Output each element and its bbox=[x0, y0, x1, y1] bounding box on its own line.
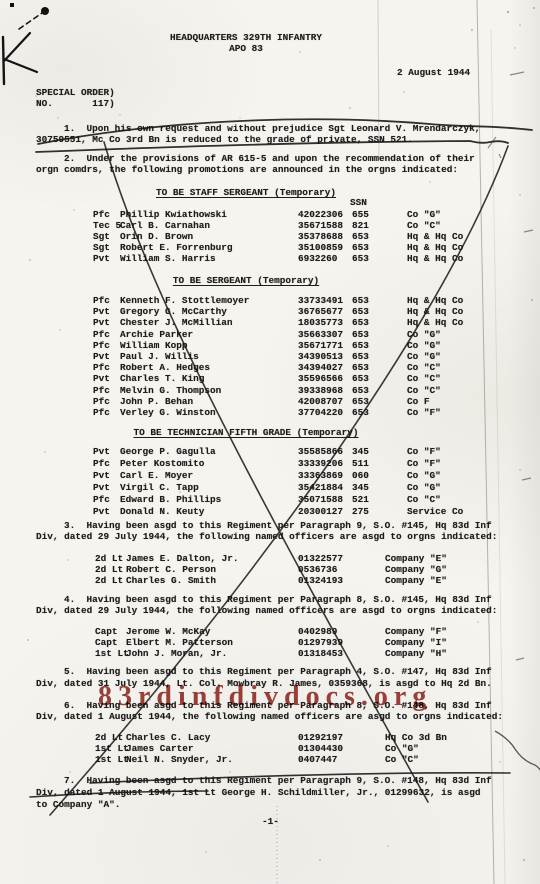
name-cell: Jerome W. McKay bbox=[126, 626, 210, 637]
grade-cell: Pfc bbox=[93, 494, 110, 505]
table-row: PfcVerley G. Winston37704220653Co "F" bbox=[93, 407, 523, 418]
grade-cell: 2d Lt bbox=[95, 575, 123, 586]
table-row: 2d LtRobert C. Person0536736Company "G" bbox=[95, 564, 525, 575]
asn-cell: 34390513 bbox=[298, 351, 343, 362]
grade-cell: Pfc bbox=[93, 396, 110, 407]
ssn-cell: 653 bbox=[352, 385, 369, 396]
grade-cell: Pfc bbox=[93, 385, 110, 396]
org-cell: Company "F" bbox=[385, 626, 447, 637]
ssn-cell: 653 bbox=[352, 242, 369, 253]
org-cell: Co "C" bbox=[407, 385, 441, 396]
org-cell: Hq & Hq Co bbox=[407, 306, 463, 317]
asn-cell: 35671771 bbox=[298, 340, 343, 351]
name-cell: Robert E. Forrenburg bbox=[120, 242, 233, 253]
grade-cell: 2d Lt bbox=[95, 553, 123, 564]
org-cell: Co "G" bbox=[407, 470, 441, 481]
name-cell: Melvin G. Thompson bbox=[120, 385, 221, 396]
grade-cell: Pfc bbox=[93, 340, 110, 351]
asn-cell: 35663307 bbox=[298, 329, 343, 340]
grade-cell: Pfc bbox=[93, 407, 110, 418]
table-row: PfcKenneth F. Stottlemoyer33733491653Hq … bbox=[93, 295, 523, 306]
name-cell: Chester J. McMillian bbox=[120, 317, 233, 328]
ssn-cell: 060 bbox=[352, 470, 369, 481]
watermark-text: 83rdinfdivdocs.org bbox=[98, 681, 432, 713]
section-title-staff-sergeant: TO BE STAFF SERGEANT (Temporary) bbox=[0, 188, 492, 198]
name-cell: Carl B. Carnahan bbox=[120, 220, 210, 231]
org-cell: Co "C" bbox=[407, 494, 441, 505]
name-cell: James Carter bbox=[126, 743, 194, 754]
name-cell: Elbert M. Patterson bbox=[126, 637, 233, 648]
name-cell: Charles C. Lacy bbox=[126, 732, 210, 743]
ssn-cell: 345 bbox=[352, 482, 369, 493]
org-cell: Co "G" bbox=[407, 482, 441, 493]
grade-cell: Pfc bbox=[93, 458, 110, 469]
table-row: 1st LtJames Carter01304430Co "G" bbox=[95, 743, 525, 754]
paragraph7-line1: 7. Having been asgd to this Regiment per… bbox=[64, 776, 492, 786]
grade-cell: Pfc bbox=[93, 209, 110, 220]
table-row: PfcMelvin G. Thompson39338968653Co "C" bbox=[93, 385, 523, 396]
org-cell: Hq & Hq Co bbox=[407, 317, 463, 328]
serial-cell: 0407447 bbox=[298, 754, 337, 765]
asn-cell: 35585866 bbox=[298, 446, 343, 457]
name-cell: William S. Harris bbox=[120, 253, 216, 264]
serial-cell: 01324193 bbox=[298, 575, 343, 586]
org-cell: Company "E" bbox=[385, 575, 447, 586]
asn-cell: 33339206 bbox=[298, 458, 343, 469]
table-row: 2d LtJames E. Dalton, Jr.01322577Company… bbox=[95, 553, 525, 564]
table-row: 1st LtNeil N. Snyder, Jr.0407447Co "C" bbox=[95, 754, 525, 765]
org-cell: Co "G" bbox=[407, 351, 441, 362]
order-number: NO. 117) bbox=[36, 99, 115, 109]
paragraph6-officer-list: 2d LtCharles C. Lacy01292197Hq Co 3d Bn1… bbox=[95, 732, 525, 766]
name-cell: Charles G. Smith bbox=[126, 575, 216, 586]
grade-cell: Pvt bbox=[93, 373, 110, 384]
org-cell: Co "G" bbox=[385, 743, 419, 754]
name-cell: Edward B. Phillips bbox=[120, 494, 221, 505]
asn-cell: 33363869 bbox=[298, 470, 343, 481]
section-title-sergeant: TO BE SERGEANT (Temporary) bbox=[0, 276, 492, 286]
org-cell: Company "G" bbox=[385, 564, 447, 575]
name-cell: Verley G. Winston bbox=[120, 407, 216, 418]
paragraph1-line2: 30759551, Mc Co 3rd Bn is reduced to the… bbox=[36, 135, 413, 145]
name-cell: Robert A. Hedges bbox=[120, 362, 210, 373]
name-cell: Neil N. Snyder, Jr. bbox=[126, 754, 233, 765]
org-cell: Co "C" bbox=[407, 373, 441, 384]
table-row: 2d LtCharles G. Smith01324193Company "E" bbox=[95, 575, 525, 586]
paragraph5-line1: 5. Having been asgd to this Regiment per… bbox=[64, 667, 492, 677]
ssn-cell: 653 bbox=[352, 231, 369, 242]
paragraph7-line2: Div, dated 1 August 1944, 1st Lt George … bbox=[36, 788, 480, 798]
asn-cell: 35100859 bbox=[298, 242, 343, 253]
name-cell: George P. Gagulla bbox=[120, 446, 216, 457]
org-cell: Co "C" bbox=[385, 754, 419, 765]
org-cell: Company "H" bbox=[385, 648, 447, 659]
org-cell: Hq & Hq Co bbox=[407, 231, 463, 242]
org-cell: Co "F" bbox=[407, 446, 441, 457]
grade-cell: Pfc bbox=[93, 362, 110, 373]
org-cell: Co "C" bbox=[407, 220, 441, 231]
ssn-column-header: SSN bbox=[350, 198, 367, 208]
asn-cell: 33733491 bbox=[298, 295, 343, 306]
ssn-cell: 653 bbox=[352, 340, 369, 351]
ssn-cell: 653 bbox=[352, 362, 369, 373]
ssn-cell: 521 bbox=[352, 494, 369, 505]
asn-cell: 42008707 bbox=[298, 396, 343, 407]
ssn-cell: 653 bbox=[352, 407, 369, 418]
paragraph3-line1: 3. Having been asgd to this Regiment per… bbox=[64, 521, 492, 531]
org-cell: Company "I" bbox=[385, 637, 447, 648]
grade-cell: Pvt bbox=[93, 482, 110, 493]
table-row: PfcPhillip Kwiathowski42022306655Co "G" bbox=[93, 209, 523, 220]
header-line-2: APO 83 bbox=[0, 44, 492, 54]
grade-cell: 1st Lt bbox=[95, 743, 129, 754]
name-cell: John P. Behan bbox=[120, 396, 193, 407]
org-cell: Co "G" bbox=[407, 329, 441, 340]
org-cell: Hq Co 3d Bn bbox=[385, 732, 447, 743]
asn-cell: 39338968 bbox=[298, 385, 343, 396]
grade-cell: Sgt bbox=[93, 242, 110, 253]
ssn-cell: 653 bbox=[352, 306, 369, 317]
table-row: 2d LtCharles C. Lacy01292197Hq Co 3d Bn bbox=[95, 732, 525, 743]
table-row: PvtCharles T. King35596566653Co "C" bbox=[93, 373, 523, 384]
table-row: PvtCarl E. Moyer33363869060Co "G" bbox=[93, 470, 523, 482]
grade-cell: Pfc bbox=[93, 329, 110, 340]
ink-dot bbox=[10, 3, 14, 7]
grade-cell: Capt bbox=[95, 626, 118, 637]
grade-cell: 2d Lt bbox=[95, 564, 123, 575]
document-date: 2 August 1944 bbox=[397, 68, 470, 78]
table-row: CaptElbert M. Patterson01297939Company "… bbox=[95, 637, 525, 648]
table-row: PfcRobert A. Hedges34394027653Co "C" bbox=[93, 362, 523, 373]
paragraph4-officer-list: CaptJerome W. McKay0402989Company "F"Cap… bbox=[95, 626, 525, 660]
grade-cell: Pvt bbox=[93, 351, 110, 362]
grade-cell: Capt bbox=[95, 637, 118, 648]
table-row: PfcArchie Parker35663307653Co "G" bbox=[93, 329, 523, 340]
page-number: -1- bbox=[262, 817, 279, 827]
ssn-cell: 653 bbox=[352, 351, 369, 362]
serial-cell: 01297939 bbox=[298, 637, 343, 648]
name-cell: Paul J. Willis bbox=[120, 351, 199, 362]
name-cell: Charles T. King bbox=[120, 373, 204, 384]
asn-cell: 35421884 bbox=[298, 482, 343, 493]
name-cell: William Kopp bbox=[120, 340, 188, 351]
table-row: PvtGeorge P. Gagulla35585866345Co "F" bbox=[93, 446, 523, 458]
ssn-cell: 821 bbox=[352, 220, 369, 231]
grade-cell: Pvt bbox=[93, 253, 110, 264]
org-cell: Service Co bbox=[407, 506, 463, 517]
table-row: SgtOrin D. Brown35378688653Hq & Hq Co bbox=[93, 231, 523, 242]
paragraph2-line2: orgn comdrs, the following promotions ar… bbox=[36, 165, 458, 175]
name-cell: James E. Dalton, Jr. bbox=[126, 553, 239, 564]
org-cell: Co "C" bbox=[407, 362, 441, 373]
asn-cell: 35596566 bbox=[298, 373, 343, 384]
name-cell: Donald N. Keuty bbox=[120, 506, 204, 517]
table-row: PfcPeter Kostomito33339206511Co "F" bbox=[93, 458, 523, 470]
name-cell: Archie Parker bbox=[120, 329, 193, 340]
ssn-cell: 653 bbox=[352, 396, 369, 407]
grade-cell: Pvt bbox=[93, 306, 110, 317]
paragraph3-line2: Div, dated 29 July 1944, the following n… bbox=[36, 532, 497, 542]
paragraph7-line3: to Company "A". bbox=[36, 800, 120, 810]
org-cell: Co "F" bbox=[407, 458, 441, 469]
grade-cell: Pvt bbox=[93, 317, 110, 328]
org-cell: Hq & Hq Co bbox=[407, 295, 463, 306]
asn-cell: 20300127 bbox=[298, 506, 343, 517]
name-cell: John J. Moran, Jr. bbox=[126, 648, 227, 659]
special-order-label: SPECIAL ORDER) bbox=[36, 88, 115, 98]
table-row: CaptJerome W. McKay0402989Company "F" bbox=[95, 626, 525, 637]
paragraph4-line1: 4. Having been asgd to this Regiment per… bbox=[64, 595, 492, 605]
paragraph4-line2: Div, dated 29 July 1944, the following n… bbox=[36, 606, 497, 616]
document-page: HEADQUARTERS 329TH INFANTRY APO 83 2 Aug… bbox=[0, 0, 540, 884]
ssn-cell: 653 bbox=[352, 373, 369, 384]
asn-cell: 34394027 bbox=[298, 362, 343, 373]
name-cell: Kenneth F. Stottlemoyer bbox=[120, 295, 249, 306]
ssn-cell: 653 bbox=[352, 317, 369, 328]
paragraph3-officer-list: 2d LtJames E. Dalton, Jr.01322577Company… bbox=[95, 553, 525, 587]
asn-cell: 37704220 bbox=[298, 407, 343, 418]
grade-cell: 2d Lt bbox=[95, 732, 123, 743]
ssn-cell: 655 bbox=[352, 209, 369, 220]
name-cell: Phillip Kwiathowski bbox=[120, 209, 227, 220]
name-cell: Gregory G. McCarthy bbox=[120, 306, 227, 317]
ssn-cell: 653 bbox=[352, 295, 369, 306]
table-row: PfcEdward B. Phillips35071588521Co "C" bbox=[93, 494, 523, 506]
org-cell: Co F bbox=[407, 396, 430, 407]
ssn-cell: 653 bbox=[352, 253, 369, 264]
table-row: PfcWilliam Kopp35671771653Co "G" bbox=[93, 340, 523, 351]
asn-cell: 35671588 bbox=[298, 220, 343, 231]
table-row: PvtDonald N. Keuty20300127275Service Co bbox=[93, 506, 523, 518]
asn-cell: 35071588 bbox=[298, 494, 343, 505]
org-cell: Co "G" bbox=[407, 209, 441, 220]
table-row: 1st LtJohn J. Moran, Jr.01318453Company … bbox=[95, 648, 525, 659]
grade-cell: Sgt bbox=[93, 231, 110, 242]
staff-sergeant-roster: PfcPhillip Kwiathowski42022306655Co "G"T… bbox=[93, 209, 523, 263]
asn-cell: 42022306 bbox=[298, 209, 343, 220]
table-row: PvtChester J. McMillian18035773653Hq & H… bbox=[93, 317, 523, 328]
table-row: PvtVirgil C. Tapp35421884345Co "G" bbox=[93, 482, 523, 494]
org-cell: Company "E" bbox=[385, 553, 447, 564]
serial-cell: 01304430 bbox=[298, 743, 343, 754]
grade-cell: Pvt bbox=[93, 446, 110, 457]
paragraph6-line2: Div, dated 1 August 1944, the following … bbox=[36, 712, 503, 722]
serial-cell: 01292197 bbox=[298, 732, 343, 743]
serial-cell: 0402989 bbox=[298, 626, 337, 637]
asn-cell: 36765677 bbox=[298, 306, 343, 317]
paragraph2-line1: 2. Under the provisions of AR 615-5 and … bbox=[64, 154, 475, 164]
name-cell: Virgil C. Tapp bbox=[120, 482, 199, 493]
asn-cell: 35378688 bbox=[298, 231, 343, 242]
serial-cell: 01318453 bbox=[298, 648, 343, 659]
table-row: PvtGregory G. McCarthy36765677653Hq & Hq… bbox=[93, 306, 523, 317]
name-cell: Robert C. Person bbox=[126, 564, 216, 575]
org-cell: Co "F" bbox=[407, 407, 441, 418]
name-cell: Carl E. Moyer bbox=[120, 470, 193, 481]
table-row: Tec 5Carl B. Carnahan35671588821Co "C" bbox=[93, 220, 523, 231]
table-row: SgtRobert E. Forrenburg35100859653Hq & H… bbox=[93, 242, 523, 253]
name-cell: Orin D. Brown bbox=[120, 231, 193, 242]
org-cell: Hq & Hq Co bbox=[407, 253, 463, 264]
table-row: PvtWilliam S. Harris6932260653Hq & Hq Co bbox=[93, 253, 523, 264]
grade-cell: 1st Lt bbox=[95, 754, 129, 765]
grade-cell: Pvt bbox=[93, 506, 110, 517]
ssn-cell: 653 bbox=[352, 329, 369, 340]
table-row: PfcJohn P. Behan42008707653Co F bbox=[93, 396, 523, 407]
grade-cell: 1st Lt bbox=[95, 648, 129, 659]
ssn-cell: 511 bbox=[352, 458, 369, 469]
sergeant-roster: PfcKenneth F. Stottlemoyer33733491653Hq … bbox=[93, 295, 523, 418]
org-cell: Hq & Hq Co bbox=[407, 242, 463, 253]
grade-cell: Pvt bbox=[93, 470, 110, 481]
grade-cell: Pfc bbox=[93, 295, 110, 306]
name-cell: Peter Kostomito bbox=[120, 458, 204, 469]
asn-cell: 6932260 bbox=[298, 253, 337, 264]
ssn-cell: 345 bbox=[352, 446, 369, 457]
header-line-1: HEADQUARTERS 329TH INFANTRY bbox=[0, 33, 492, 43]
serial-cell: 0536736 bbox=[298, 564, 337, 575]
asn-cell: 18035773 bbox=[298, 317, 343, 328]
serial-cell: 01322577 bbox=[298, 553, 343, 564]
tech5-roster: PvtGeorge P. Gagulla35585866345Co "F"Pfc… bbox=[93, 446, 523, 518]
section-title-tech5: TO BE TECHNICIAN FIFTH GRADE (Temporary) bbox=[0, 428, 492, 438]
grade-cell: Tec 5 bbox=[93, 220, 121, 231]
paragraph1-line1: 1. Upon his own request and without prej… bbox=[64, 124, 480, 134]
org-cell: Co "G" bbox=[407, 340, 441, 351]
ssn-cell: 275 bbox=[352, 506, 369, 517]
table-row: PvtPaul J. Willis34390513653Co "G" bbox=[93, 351, 523, 362]
